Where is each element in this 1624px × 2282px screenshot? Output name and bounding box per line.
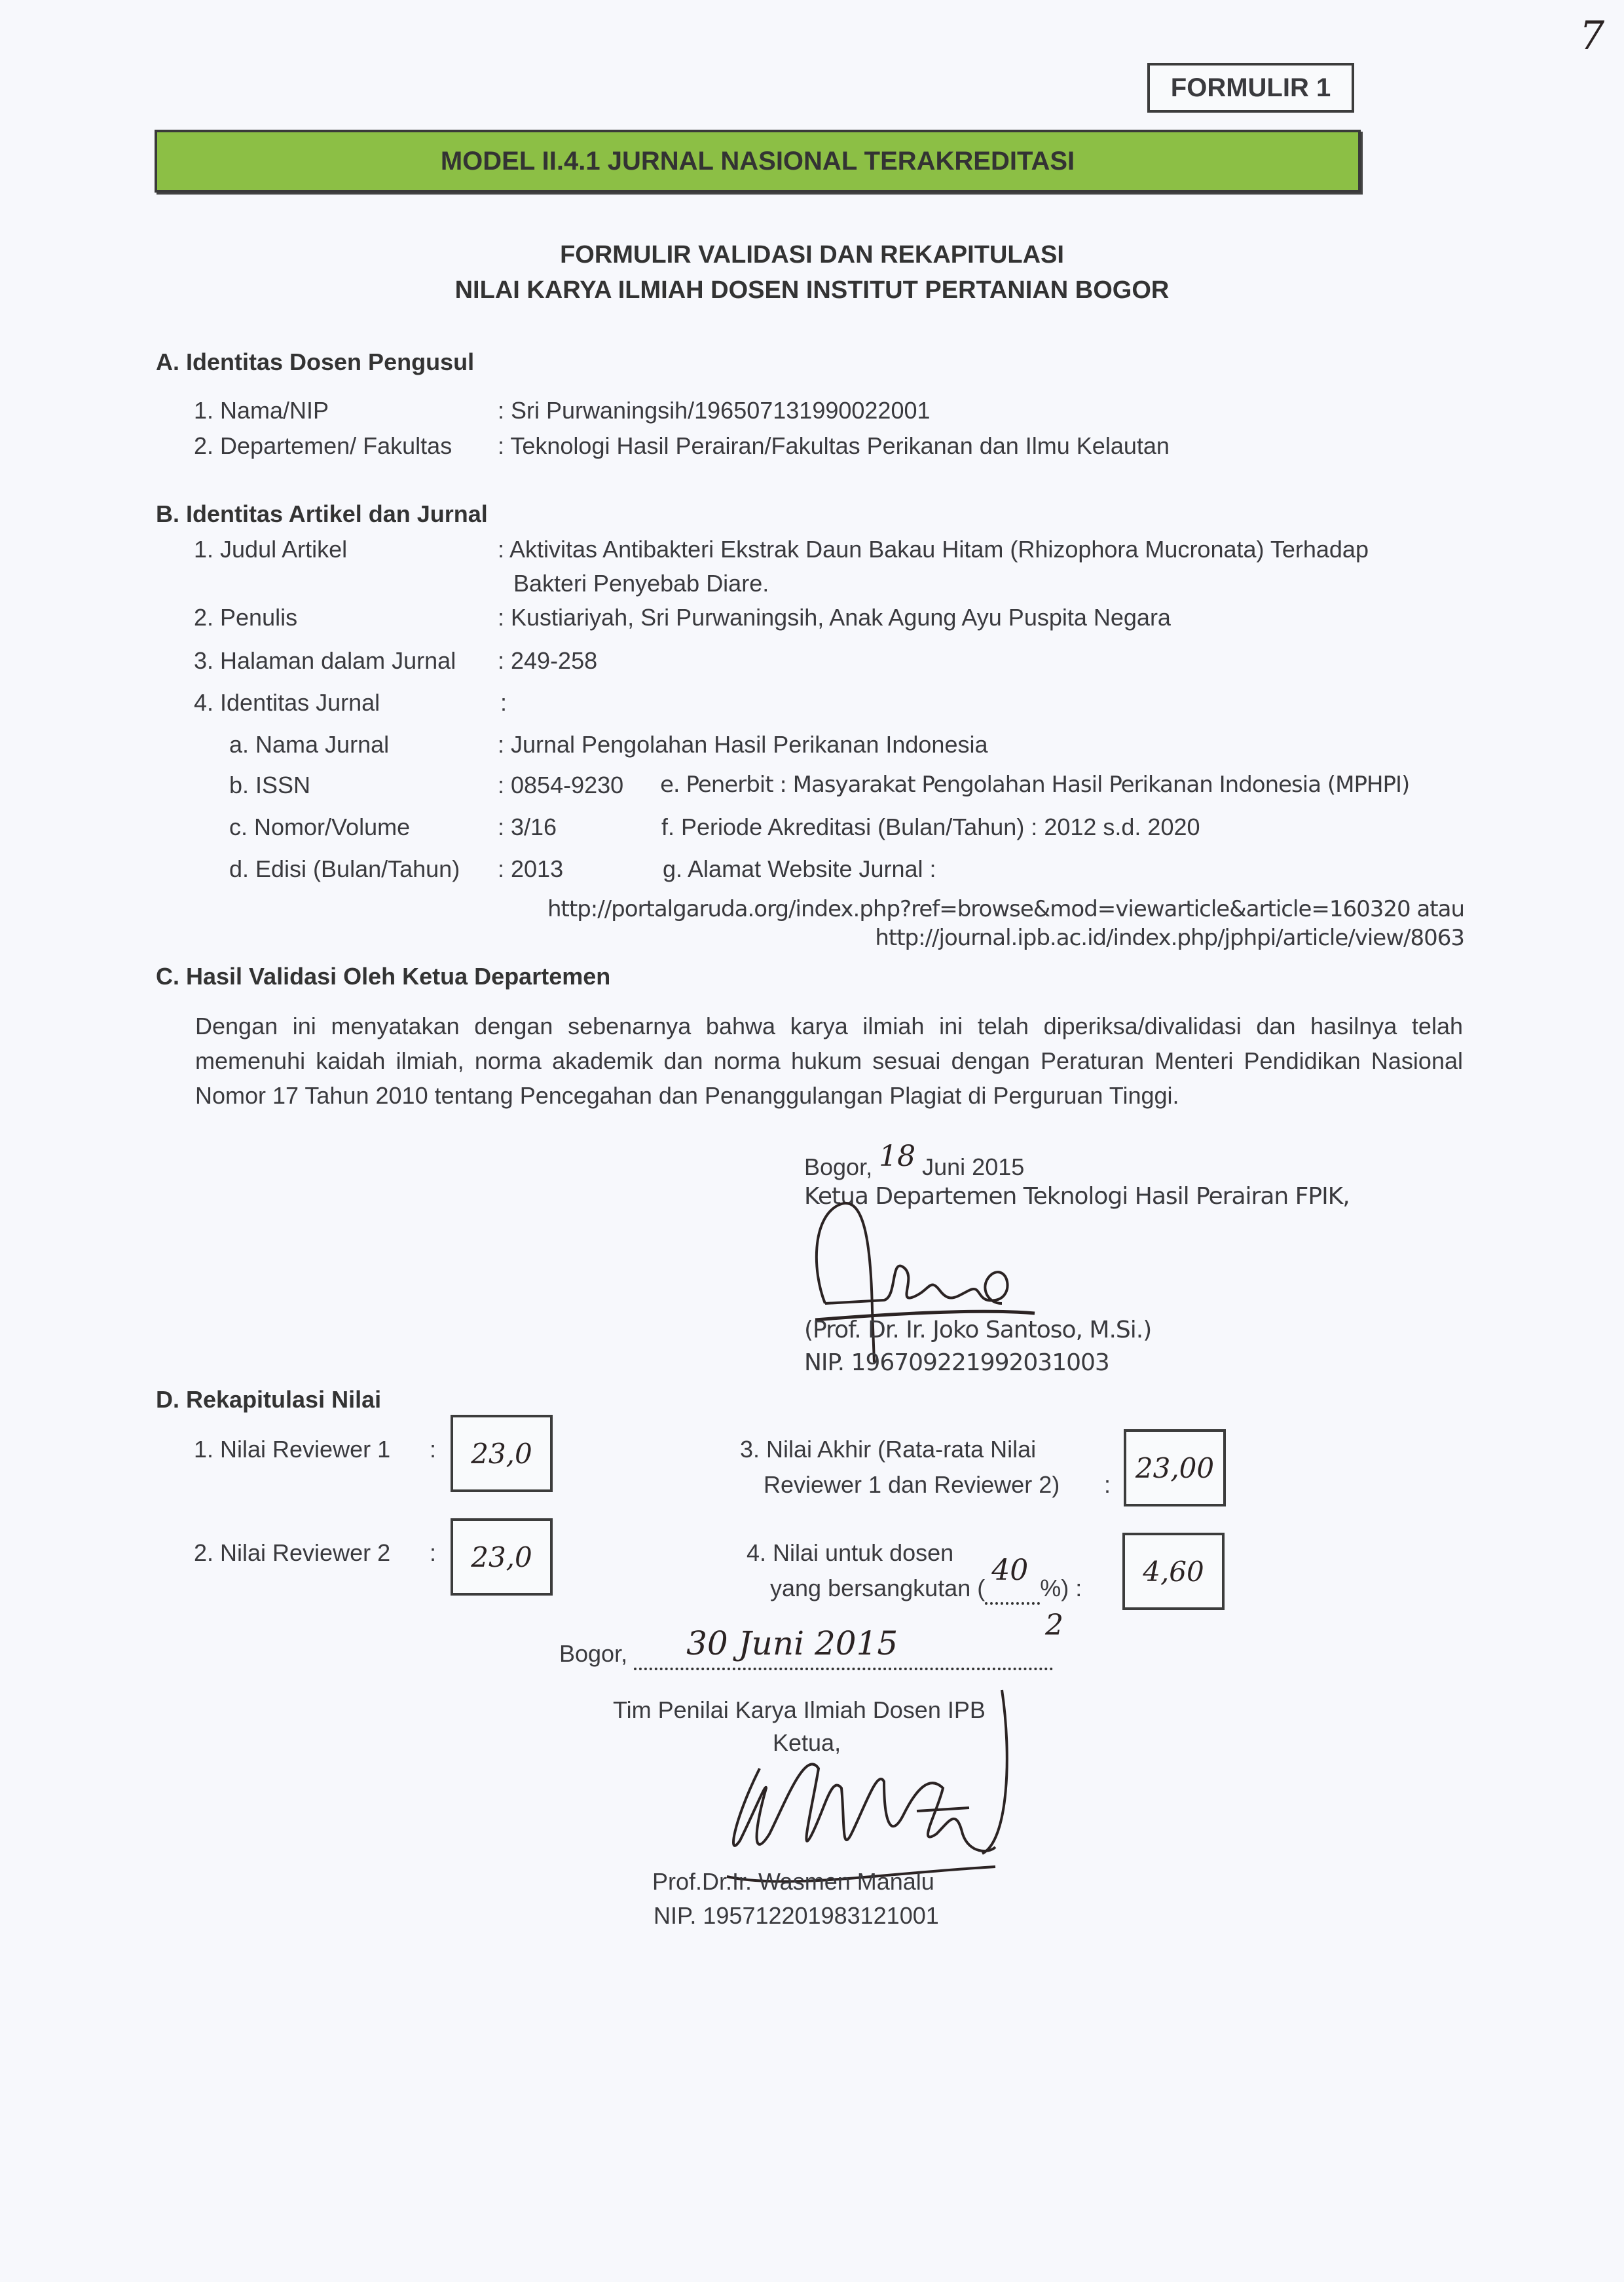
footer-date: Bogor, 30 Juni 2015 [559, 1640, 1053, 1670]
departemen-value: : Teknologi Hasil Perairan/Fakultas Peri… [498, 432, 1170, 460]
judul-label: 1. Judul Artikel [194, 536, 347, 563]
reviewer1-label: 1. Nilai Reviewer 1 [194, 1436, 390, 1463]
nilai-akhir-label-line2: Reviewer 1 dan Reviewer 2) [764, 1471, 1060, 1499]
halaman-label: 3. Halaman dalam Jurnal [194, 647, 456, 675]
validation-statement: Dengan ini menyatakan dengan sebenarnya … [195, 1009, 1463, 1113]
issn-value: : 0854-9230 [498, 772, 623, 799]
nilai-dosen-box[interactable]: 4,60 [1122, 1533, 1225, 1610]
website-url-2[interactable]: http://journal.ipb.ac.id/index.php/jphpi… [875, 925, 1464, 951]
nilai-akhir-label-line1: 3. Nilai Akhir (Rata-rata Nilai [740, 1436, 1036, 1463]
handwritten-page-number: 7 [1579, 13, 1604, 59]
nilai-dosen-label-line2: yang bersangkutan (40 %) : [770, 1575, 1082, 1605]
nilai-dosen-label-line1: 4. Nilai untuk dosen [747, 1539, 953, 1567]
halaman-value: : 249-258 [498, 647, 597, 675]
section-d-heading: D. Rekapitulasi Nilai [156, 1386, 381, 1413]
date-prefix: Bogor, [804, 1153, 872, 1180]
section-a-heading: A. Identitas Dosen Pengusul [156, 348, 474, 376]
reviewer1-score-box[interactable]: 23,0 [451, 1415, 553, 1492]
judul-value-line1: : Aktivitas Antibakteri Ekstrak Daun Bak… [498, 536, 1369, 563]
doc-title-line2: NILAI KARYA ILMIAH DOSEN INSTITUT PERTAN… [0, 276, 1624, 305]
percent-divisor-handwritten: 2 [1045, 1609, 1063, 1642]
identitas-jurnal-label: 4. Identitas Jurnal [194, 689, 380, 717]
percent-field[interactable]: 40 [985, 1575, 1040, 1605]
doc-title-line1: FORMULIR VALIDASI DAN REKAPITULASI [0, 241, 1624, 269]
reviewer1-colon: : [430, 1436, 436, 1463]
footer-date-field[interactable]: 30 Juni 2015 [634, 1640, 1053, 1670]
reviewer2-label: 2. Nilai Reviewer 2 [194, 1539, 390, 1567]
reviewer2-score-box[interactable]: 23,0 [451, 1518, 553, 1596]
nama-jurnal-label: a. Nama Jurnal [229, 731, 389, 758]
penulis-label: 2. Penulis [194, 604, 297, 631]
reviewer2-colon: : [430, 1539, 436, 1567]
nilai-dosen-label-post: %) : [1040, 1575, 1082, 1601]
section-c-heading: C. Hasil Validasi Oleh Ketua Departemen [156, 963, 610, 990]
ketua-departemen-signature [799, 1192, 1061, 1336]
section-b-heading: B. Identitas Artikel dan Jurnal [156, 500, 488, 528]
ketua-departemen-nip: NIP. 196709221992031003 [804, 1349, 1109, 1376]
edisi-value: : 2013 [498, 855, 563, 883]
nilai-akhir-box[interactable]: 23,00 [1124, 1429, 1226, 1506]
periode-akreditasi: f. Periode Akreditasi (Bulan/Tahun) : 20… [661, 814, 1200, 841]
nilai-akhir-colon: : [1104, 1471, 1111, 1499]
ketua-tim-signature [655, 1677, 1022, 1873]
website-label: g. Alamat Website Jurnal : [663, 855, 936, 883]
nama-nip-label: 1. Nama/NIP [194, 397, 329, 424]
edisi-label: d. Edisi (Bulan/Tahun) [229, 855, 460, 883]
date-suffix: Juni 2015 [922, 1153, 1024, 1180]
nomor-volume-label: c. Nomor/Volume [229, 814, 410, 841]
ketua-tim-nip: NIP. 195712201983121001 [654, 1902, 939, 1930]
nomor-volume-value: : 3/16 [498, 814, 557, 841]
ketua-tim-name: Prof.Dr.Ir. Wasmen Manalu [652, 1868, 934, 1896]
website-url-1[interactable]: http://portalgaruda.org/index.php?ref=br… [547, 896, 1464, 922]
validation-date: Bogor, 18 Juni 2015 [804, 1149, 1024, 1182]
ketua-departemen-name: (Prof. Dr. Ir. Joko Santoso, M.Si.) [804, 1317, 1151, 1343]
date-day-handwritten: 18 [879, 1140, 915, 1173]
penulis-value: : Kustiariyah, Sri Purwaningsih, Anak Ag… [498, 604, 1171, 631]
nama-nip-value: : Sri Purwaningsih/196507131990022001 [498, 397, 931, 424]
identitas-jurnal-colon: : [500, 689, 507, 717]
model-title-bar: MODEL II.4.1 JURNAL NASIONAL TERAKREDITA… [155, 130, 1361, 193]
form-label-box: FORMULIR 1 [1147, 63, 1354, 113]
footer-date-prefix: Bogor, [559, 1640, 627, 1667]
judul-value-line2: Bakteri Penyebab Diare. [513, 570, 769, 597]
percent-handwritten: 40 [991, 1554, 1028, 1587]
nilai-dosen-label-pre: yang bersangkutan ( [770, 1575, 985, 1601]
nama-jurnal-value: : Jurnal Pengolahan Hasil Perikanan Indo… [498, 731, 988, 758]
footer-date-handwritten: 30 Juni 2015 [686, 1624, 898, 1662]
penerbit: e. Penerbit : Masyarakat Pengolahan Hasi… [660, 772, 1409, 798]
departemen-label: 2. Departemen/ Fakultas [194, 432, 452, 460]
issn-label: b. ISSN [229, 772, 310, 799]
